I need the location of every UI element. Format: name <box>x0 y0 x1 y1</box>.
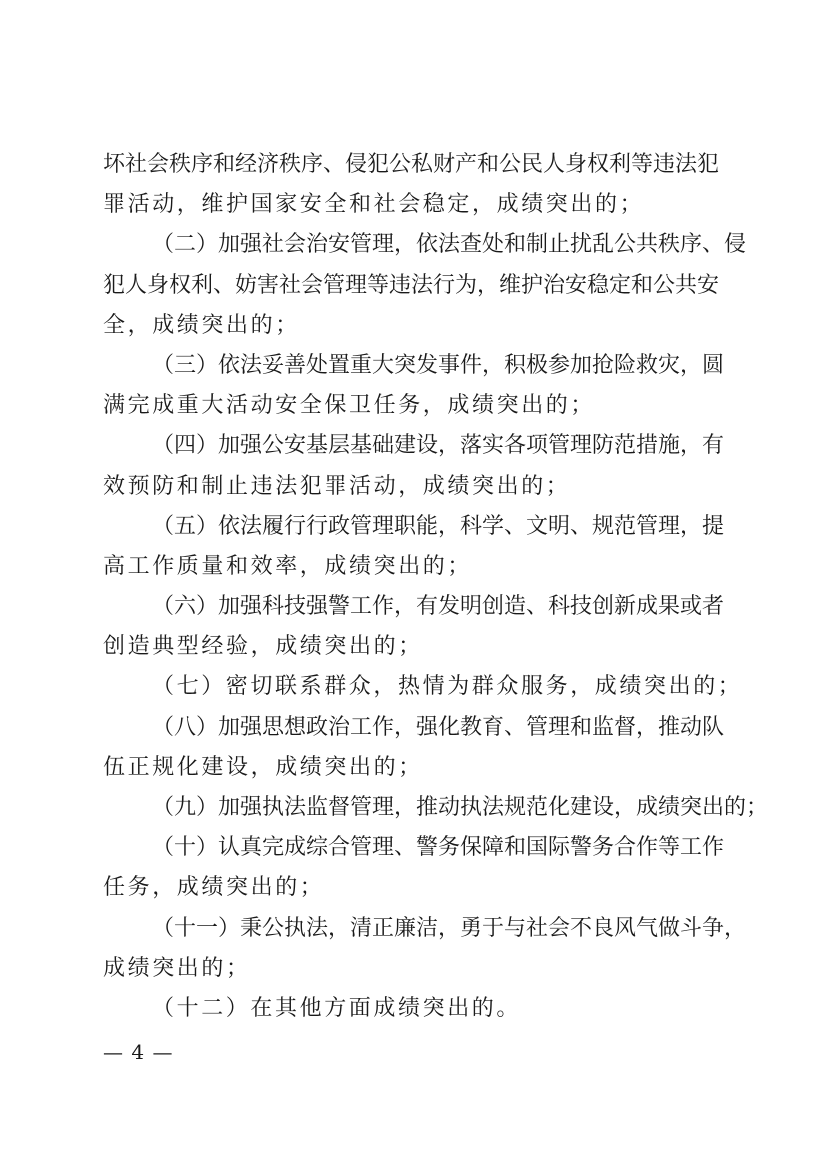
list-item-8: （八）加强思想政治工作，强化教育、管理和监督，推动队 <box>103 708 719 748</box>
list-item-12: （十二）在其他方面成绩突出的。 <box>103 989 719 1029</box>
text-line: 满完成重大活动安全保卫任务，成绩突出的； <box>103 386 719 426</box>
list-item-11: （十一）秉公执法，清正廉洁，勇于与社会不良风气做斗争， <box>103 909 719 949</box>
text-line: 成绩突出的； <box>103 949 719 989</box>
text-line: 全，成绩突出的； <box>103 306 719 346</box>
text-line: 效预防和制止违法犯罪活动，成绩突出的； <box>103 467 719 507</box>
text-line: 犯人身权利、妨害社会管理等违法行为，维护治安稳定和公共安 <box>103 266 719 306</box>
list-item-4: （四）加强公安基层基础建设，落实各项管理防范措施，有 <box>103 426 719 466</box>
page-number: — 4 — <box>103 1038 173 1066</box>
list-item-3: （三）依法妥善处置重大突发事件，积极参加抢险救灾，圆 <box>103 346 719 386</box>
list-item-5: （五）依法履行行政管理职能，科学、文明、规范管理，提 <box>103 507 719 547</box>
text-line: 罪活动，维护国家安全和社会稳定，成绩突出的； <box>103 185 719 225</box>
text-line: 伍正规化建设，成绩突出的； <box>103 748 719 788</box>
text-line: 创造典型经验，成绩突出的； <box>103 627 719 667</box>
list-item-2: （二）加强社会治安管理，依法查处和制止扰乱公共秩序、侵 <box>103 225 719 265</box>
text-line: 高工作质量和效率，成绩突出的； <box>103 547 719 587</box>
list-item-10: （十）认真完成综合管理、警务保障和国际警务合作等工作 <box>103 828 719 868</box>
text-line: 坏社会秩序和经济秩序、侵犯公私财产和公民人身权利等违法犯 <box>103 145 719 185</box>
list-item-6: （六）加强科技强警工作，有发明创造、科技创新成果或者 <box>103 587 719 627</box>
list-item-9: （九）加强执法监督管理，推动执法规范化建设，成绩突出的； <box>103 788 719 828</box>
text-line: 任务，成绩突出的； <box>103 868 719 908</box>
list-item-7: （七）密切联系群众，热情为群众服务，成绩突出的； <box>103 667 719 707</box>
document-body: 坏社会秩序和经济秩序、侵犯公私财产和公民人身权利等违法犯 罪活动，维护国家安全和… <box>103 145 719 1029</box>
